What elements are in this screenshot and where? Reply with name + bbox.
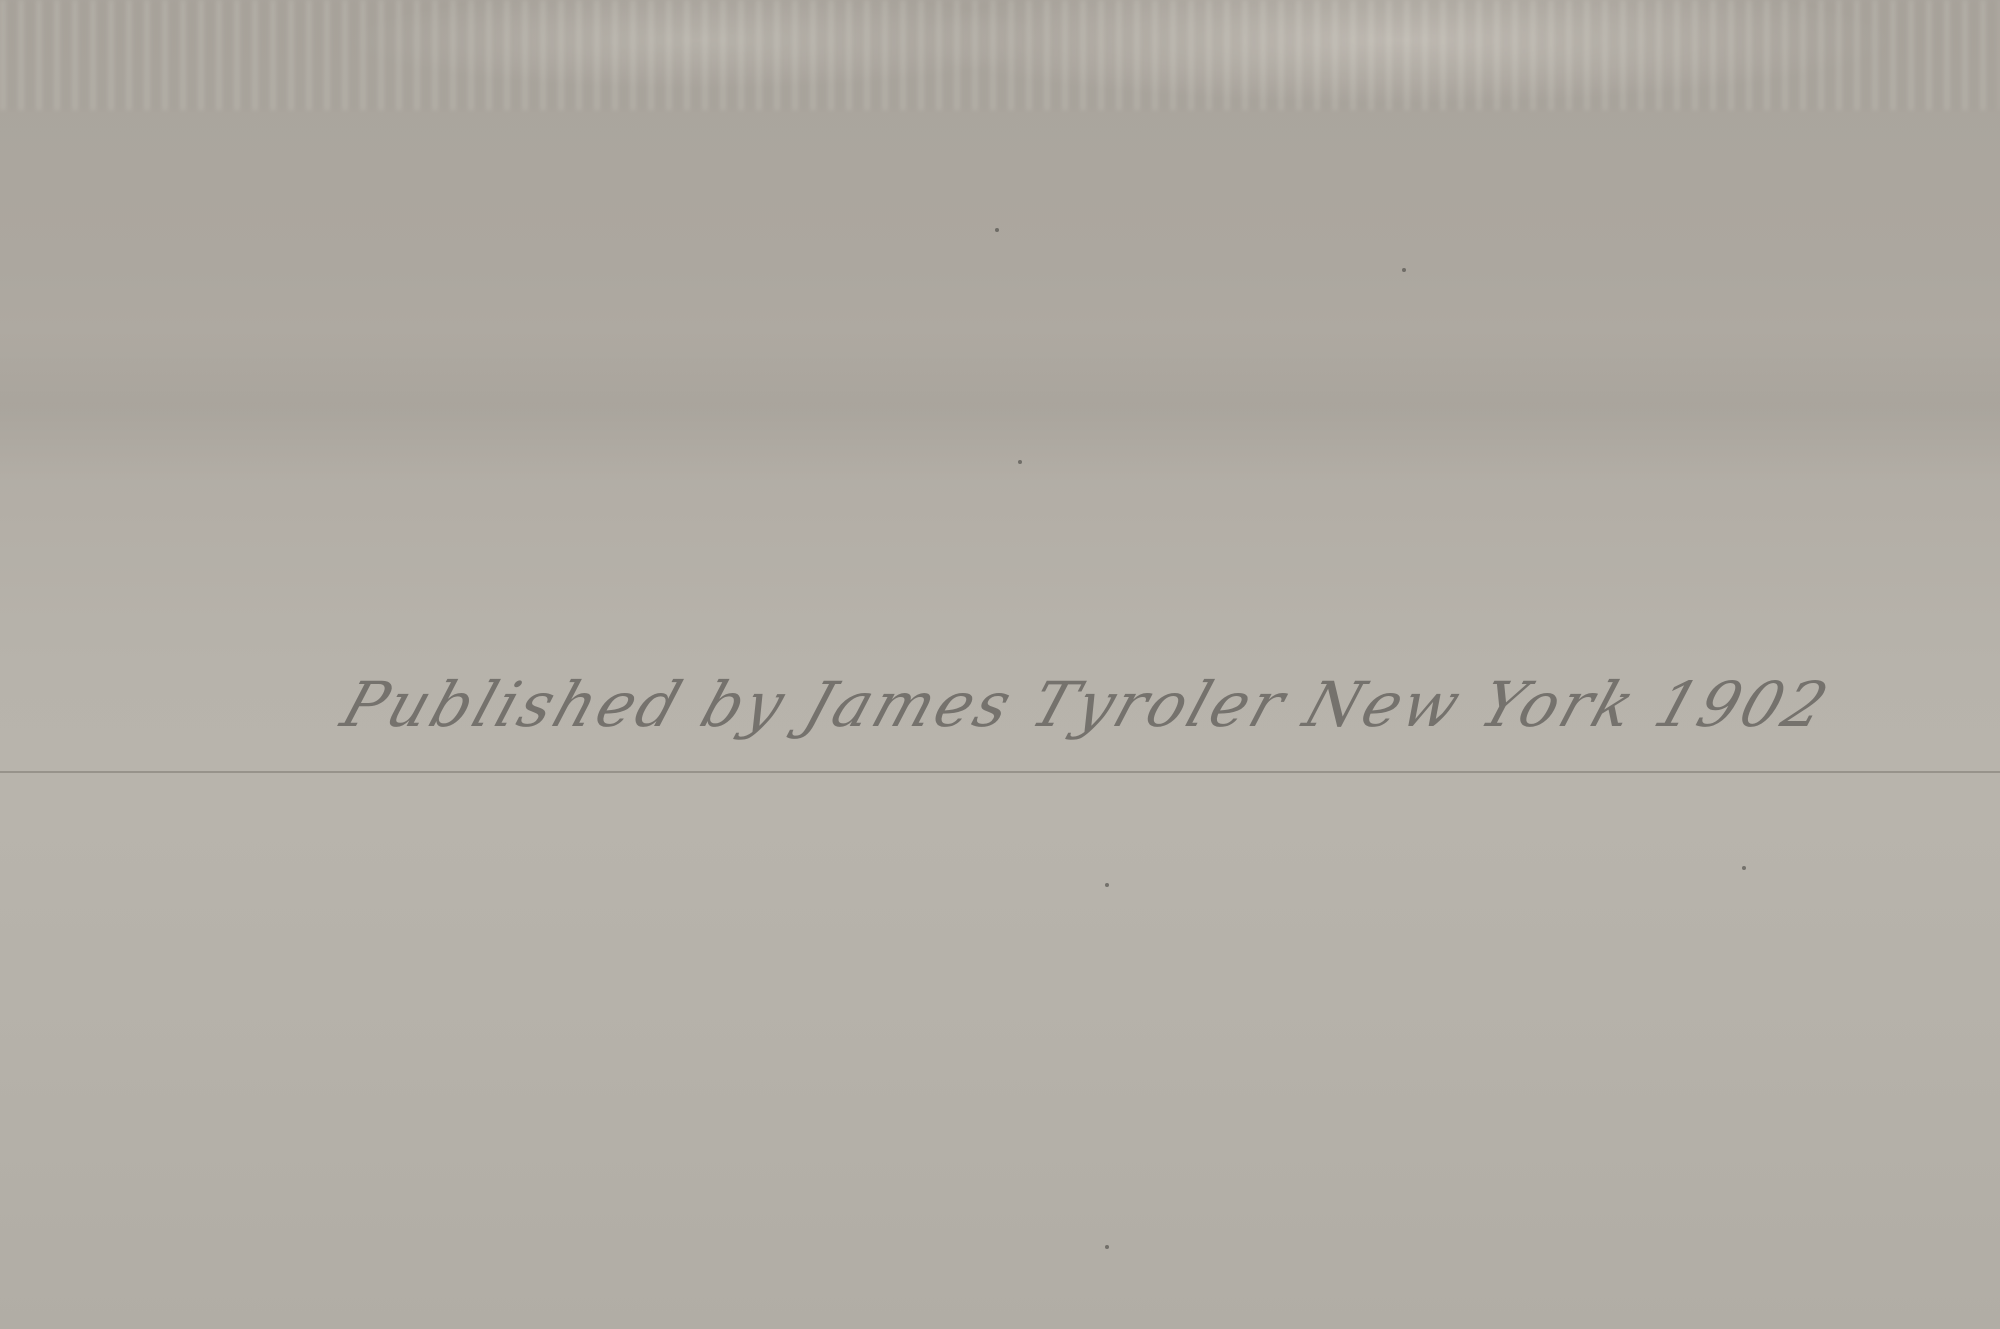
paper-shading (0, 330, 2000, 480)
paper-speck (1105, 883, 1109, 887)
publisher-imprint: Published by James Tyroler New York 1902 (333, 668, 1839, 741)
paper-speck (995, 228, 999, 232)
print-image-edge (0, 0, 2000, 110)
paper-background (0, 0, 2000, 1329)
plate-mark-line (0, 771, 2000, 773)
paper-speck (1105, 1245, 1109, 1249)
paper-speck (1402, 268, 1406, 272)
paper-speck (1018, 460, 1022, 464)
paper-speck (1742, 866, 1746, 870)
